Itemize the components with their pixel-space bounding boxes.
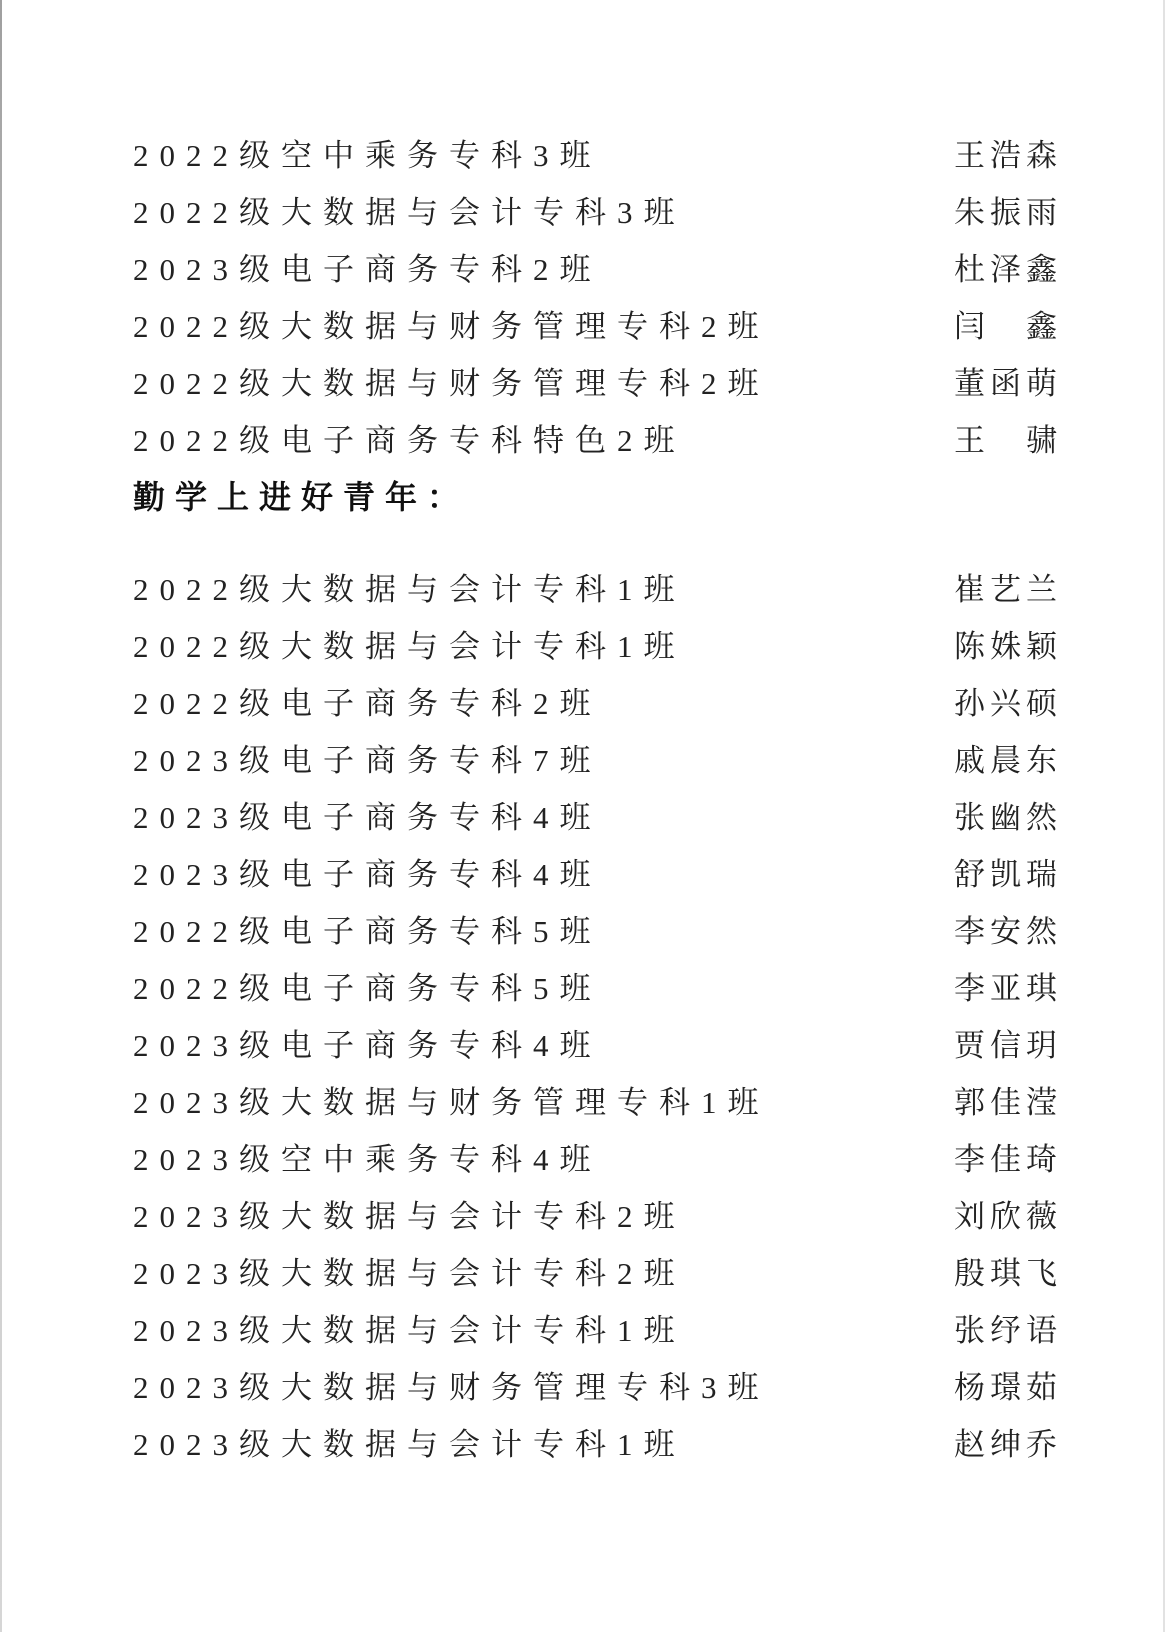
class-label: 2023级电子商务专科4班	[133, 1020, 602, 1065]
student-name: 郭佳滢	[954, 1077, 1062, 1122]
list-item: 2022级大数据与会计专科1班陈姝颖	[133, 615, 1057, 672]
student-name: 李佳琦	[954, 1134, 1062, 1179]
list-item: 2022级大数据与财务管理专科2班闫 鑫	[133, 295, 1057, 352]
class-label: 2022级电子商务专科5班	[133, 906, 602, 951]
student-name: 张幽然	[954, 792, 1062, 837]
list-item: 2023级电子商务专科4班贾信玥	[133, 1014, 1057, 1071]
class-label: 2022级大数据与会计专科1班	[133, 564, 686, 609]
class-label: 2023级大数据与会计专科1班	[133, 1419, 686, 1464]
list-item: 2023级电子商务专科7班戚晨东	[133, 729, 1057, 786]
student-name: 赵绅乔	[954, 1419, 1062, 1464]
student-name: 董函萌	[954, 358, 1062, 403]
class-label: 2022级电子商务专科特色2班	[133, 415, 686, 460]
student-name: 孙兴硕	[954, 678, 1062, 723]
list-item: 2023级电子商务专科4班张幽然	[133, 786, 1057, 843]
class-label: 2023级大数据与财务管理专科3班	[133, 1362, 770, 1407]
list-item: 2022级大数据与会计专科3班朱振雨	[133, 181, 1057, 238]
list-item: 2023级大数据与会计专科2班刘欣薇	[133, 1185, 1057, 1242]
list-item: 2022级电子商务专科5班李亚琪	[133, 957, 1057, 1014]
student-name: 贾信玥	[954, 1020, 1062, 1065]
student-name: 刘欣薇	[954, 1191, 1062, 1236]
class-label: 2023级大数据与会计专科2班	[133, 1191, 686, 1236]
class-label: 2023级大数据与会计专科1班	[133, 1305, 686, 1350]
heading-row: 勤学上进好青年：	[133, 466, 1057, 523]
class-label: 2022级电子商务专科5班	[133, 963, 602, 1008]
student-name: 张纾语	[954, 1305, 1062, 1350]
student-name: 李安然	[954, 906, 1062, 951]
student-name: 闫 鑫	[954, 301, 1062, 346]
list-item: 2023级大数据与会计专科2班殷琪飞	[133, 1242, 1057, 1299]
class-label: 2023级空中乘务专科4班	[133, 1134, 602, 1179]
list-item: 2022级大数据与财务管理专科2班董函萌	[133, 352, 1057, 409]
class-label: 2023级电子商务专科2班	[133, 244, 602, 289]
student-name: 王 骕	[954, 415, 1062, 460]
list-item: 2022级电子商务专科2班孙兴硕	[133, 672, 1057, 729]
student-name: 杜泽鑫	[954, 244, 1062, 289]
class-label: 2022级大数据与财务管理专科2班	[133, 358, 770, 403]
student-name: 李亚琪	[954, 963, 1062, 1008]
class-label: 2023级电子商务专科4班	[133, 792, 602, 837]
class-label: 2022级大数据与财务管理专科2班	[133, 301, 770, 346]
list-item: 2022级电子商务专科特色2班王 骕	[133, 409, 1057, 466]
document-page: 2022级空中乘务专科3班王浩森2022级大数据与会计专科3班朱振雨2023级电…	[0, 0, 1170, 1632]
list-item: 2023级大数据与会计专科1班赵绅乔	[133, 1413, 1057, 1470]
student-name: 戚晨东	[954, 735, 1062, 780]
student-name: 舒凯瑞	[954, 849, 1062, 894]
list-item: 2023级大数据与财务管理专科1班郭佳滢	[133, 1071, 1057, 1128]
award-list-bottom-section: 2022级大数据与会计专科1班崔艺兰2022级大数据与会计专科1班陈姝颖2022…	[133, 558, 1057, 1470]
list-item: 2023级大数据与会计专科1班张纾语	[133, 1299, 1057, 1356]
list-item: 2022级大数据与会计专科1班崔艺兰	[133, 558, 1057, 615]
student-name: 陈姝颖	[954, 621, 1062, 666]
list-item: 2023级电子商务专科2班杜泽鑫	[133, 238, 1057, 295]
class-label: 2022级空中乘务专科3班	[133, 130, 602, 175]
award-list-top-section: 2022级空中乘务专科3班王浩森2022级大数据与会计专科3班朱振雨2023级电…	[133, 124, 1057, 466]
class-label: 2023级大数据与财务管理专科1班	[133, 1077, 770, 1122]
list-item: 2022级空中乘务专科3班王浩森	[133, 124, 1057, 181]
page-left-edge	[0, 0, 2, 1632]
list-item: 2023级空中乘务专科4班李佳琦	[133, 1128, 1057, 1185]
student-name: 杨璟茹	[954, 1362, 1062, 1407]
class-label: 2023级大数据与会计专科2班	[133, 1248, 686, 1293]
section-heading: 勤学上进好青年：	[133, 472, 469, 518]
class-label: 2023级电子商务专科7班	[133, 735, 602, 780]
student-name: 朱振雨	[954, 187, 1062, 232]
award-list: 2022级空中乘务专科3班王浩森2022级大数据与会计专科3班朱振雨2023级电…	[133, 124, 1057, 1470]
class-label: 2022级大数据与会计专科1班	[133, 621, 686, 666]
class-label: 2022级大数据与会计专科3班	[133, 187, 686, 232]
list-item: 2023级电子商务专科4班舒凯瑞	[133, 843, 1057, 900]
list-item: 2022级电子商务专科5班李安然	[133, 900, 1057, 957]
class-label: 2022级电子商务专科2班	[133, 678, 602, 723]
student-name: 王浩森	[954, 130, 1062, 175]
student-name: 殷琪飞	[954, 1248, 1062, 1293]
class-label: 2023级电子商务专科4班	[133, 849, 602, 894]
list-item: 2023级大数据与财务管理专科3班杨璟茹	[133, 1356, 1057, 1413]
page-right-edge	[1163, 0, 1165, 1632]
student-name: 崔艺兰	[954, 564, 1062, 609]
